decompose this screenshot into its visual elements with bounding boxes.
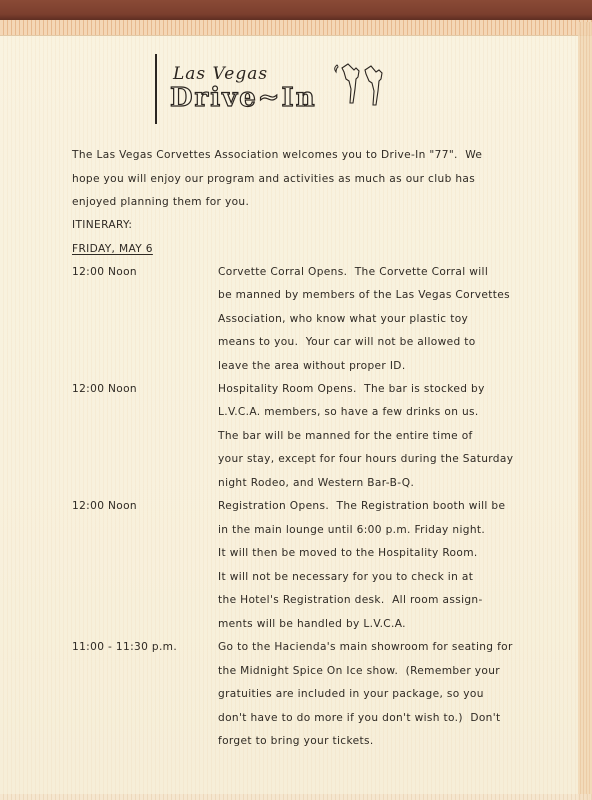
- bottom-edge-stripe: [0, 794, 592, 800]
- event-line: night Rodeo, and Western Bar-B-Q.: [218, 477, 414, 489]
- event-line: Corvette Corral Opens. The Corvette Corr…: [218, 266, 488, 278]
- logo-vertical-rule: [155, 54, 157, 124]
- event-line: L.V.C.A. members, so have a few drinks o…: [218, 406, 479, 418]
- event-time: 11:00 - 11:30 p.m.: [72, 641, 177, 653]
- top-stripe-band: [0, 20, 592, 36]
- event-line: gratuities are included in your package,…: [218, 688, 484, 700]
- intro-line-2: hope you will enjoy our program and acti…: [72, 173, 475, 185]
- event-line: It will not be necessary for you to chec…: [218, 571, 473, 583]
- year-77-cactus-icon: [332, 60, 392, 115]
- event-time: 12:00 Noon: [72, 500, 137, 512]
- event-line: the Hotel's Registration desk. All room …: [218, 594, 483, 606]
- event-line: Registration Opens. The Registration boo…: [218, 500, 505, 512]
- right-edge-stripe: [578, 22, 592, 800]
- event-line: don't have to do more if you don't wish …: [218, 712, 501, 724]
- day-heading-friday: FRIDAY, MAY 6: [72, 243, 153, 255]
- event-line: Association, who know what your plastic …: [218, 313, 468, 325]
- top-binding-band: [0, 0, 592, 20]
- logo-script-text: Las Vegas: [173, 64, 268, 84]
- intro-line-3: enjoyed planning them for you.: [72, 196, 249, 208]
- itinerary-heading: ITINERARY:: [72, 219, 132, 231]
- event-time: 12:00 Noon: [72, 266, 137, 278]
- event-line: It will then be moved to the Hospitality…: [218, 547, 478, 559]
- event-line: the Midnight Spice On Ice show. (Remembe…: [218, 665, 500, 677]
- event-line: Go to the Hacienda's main showroom for s…: [218, 641, 513, 653]
- event-line: be manned by members of the Las Vegas Co…: [218, 289, 510, 301]
- event-line: means to you. Your car will not be allow…: [218, 336, 476, 348]
- event-line: ments will be handled by L.V.C.A.: [218, 618, 406, 630]
- logo-block-text: Drive~In: [170, 83, 317, 113]
- event-line: Hospitality Room Opens. The bar is stock…: [218, 383, 485, 395]
- event-time: 12:00 Noon: [72, 383, 137, 395]
- drive-in-logo: Las Vegas Drive~In: [150, 50, 390, 125]
- event-line: leave the area without proper ID.: [218, 360, 406, 372]
- event-line: your stay, except for four hours during …: [218, 453, 513, 465]
- event-line: forget to bring your tickets.: [218, 735, 374, 747]
- event-line: in the main lounge until 6:00 p.m. Frida…: [218, 524, 485, 536]
- intro-line-1: The Las Vegas Corvettes Association welc…: [72, 149, 482, 161]
- event-line: The bar will be manned for the entire ti…: [218, 430, 473, 442]
